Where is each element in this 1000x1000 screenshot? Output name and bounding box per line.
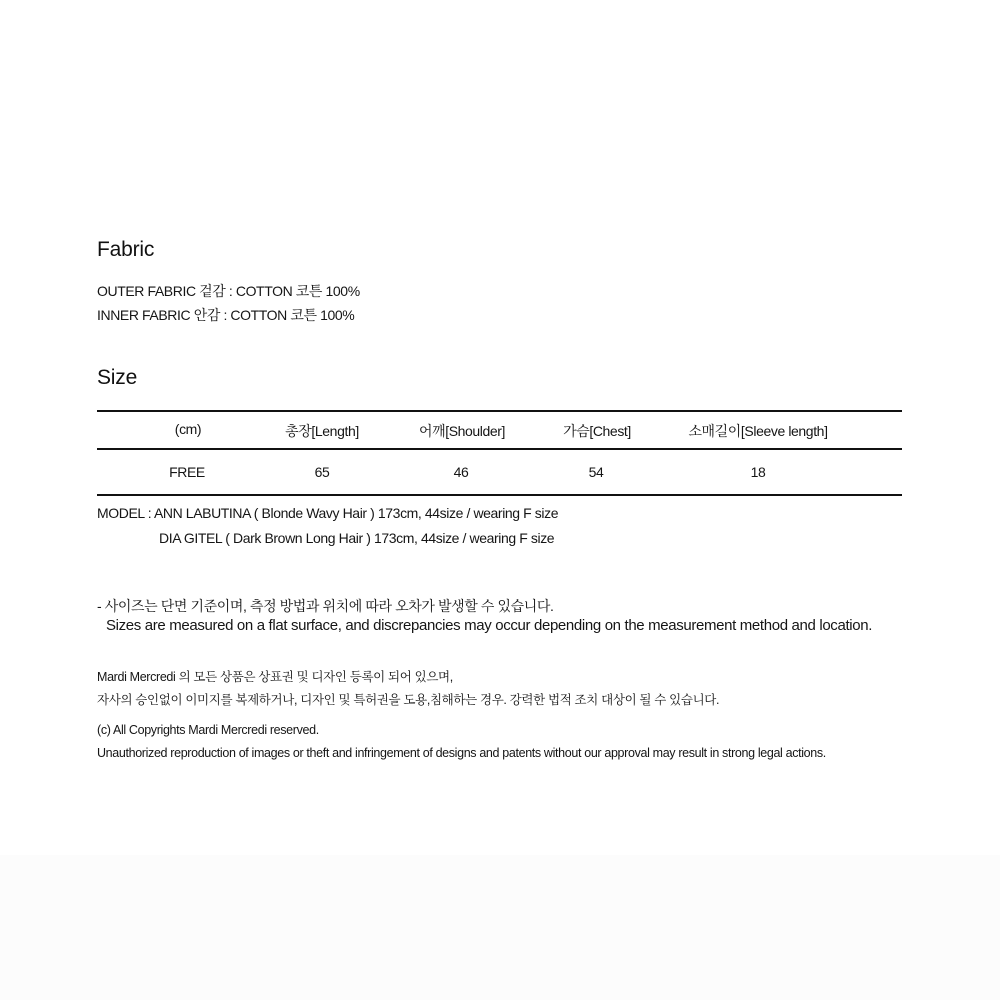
row-cell-chest: 54 (589, 464, 604, 480)
size-note-english: Sizes are measured on a flat surface, an… (106, 617, 872, 634)
table-header-rule (97, 448, 902, 450)
row-cell-size: FREE (169, 464, 205, 480)
header-cell-length: 총장[Length] (285, 421, 359, 441)
size-note-korean: - 사이즈는 단면 기준이며, 측정 방법과 위치에 따라 오차가 발생할 수 … (97, 596, 553, 616)
legal-korean-line-1: Mardi Mercredi 의 모든 상품은 상표권 및 디자인 등록이 되어… (97, 667, 453, 685)
header-cell-unit: (cm) (175, 421, 201, 437)
row-cell-length: 65 (315, 464, 330, 480)
fabric-heading: Fabric (97, 238, 154, 262)
copyright-line: (c) All Copyrights Mardi Mercredi reserv… (97, 723, 319, 737)
row-cell-sleeve: 18 (751, 464, 766, 480)
inner-fabric-line: INNER FABRIC 안감 : COTTON 코튼 100% (97, 305, 354, 325)
size-heading: Size (97, 366, 137, 390)
header-cell-shoulder: 어깨[Shoulder] (419, 421, 505, 441)
legal-korean-line-2: 자사의 승인없이 이미지를 복제하거나, 디자인 및 특허권을 도용,침해하는 … (97, 690, 719, 708)
model-line-2: DIA GITEL ( Dark Brown Long Hair ) 173cm… (159, 530, 554, 546)
table-top-rule (97, 410, 902, 412)
table-bottom-rule (97, 494, 902, 496)
row-cell-shoulder: 46 (454, 464, 469, 480)
header-cell-sleeve: 소매길이[Sleeve length] (688, 421, 827, 441)
header-cell-chest: 가슴[Chest] (563, 421, 631, 441)
outer-fabric-line: OUTER FABRIC 겉감 : COTTON 코튼 100% (97, 281, 360, 301)
legal-english-line: Unauthorized reproduction of images or t… (97, 746, 826, 760)
model-line-1: MODEL : ANN LABUTINA ( Blonde Wavy Hair … (97, 505, 558, 521)
background-band (0, 855, 1000, 1000)
